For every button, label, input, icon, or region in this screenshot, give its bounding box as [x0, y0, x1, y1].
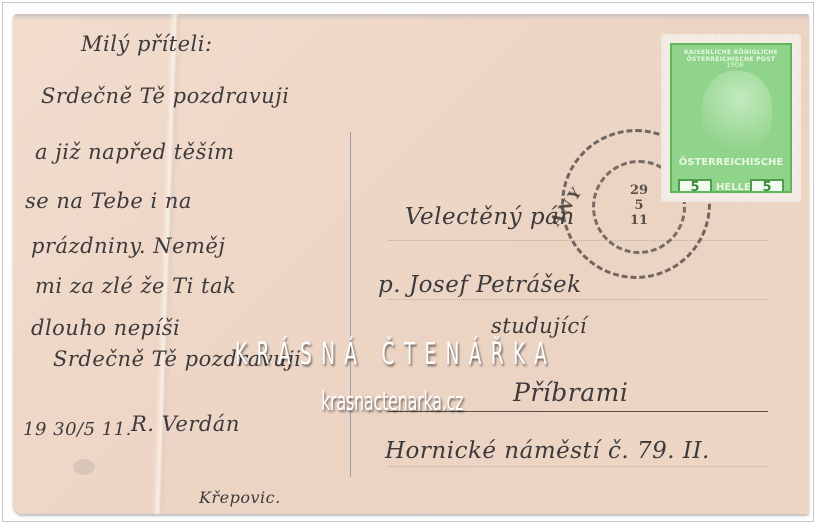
stamp-bottom-text: ÖSTERREICHISCHE: [672, 157, 790, 168]
address-street: Hornické náměstí č. 79. II.: [385, 438, 710, 464]
message-line-3: a již napřed těším: [35, 140, 235, 164]
message-date: 19 30/5 11.: [23, 419, 132, 440]
stamp-year: 1908: [726, 61, 744, 69]
message-line-6: mi za zlé že Ti tak: [35, 274, 236, 298]
message-line-1: Milý příteli:: [81, 32, 213, 56]
emperor-portrait: [702, 71, 772, 151]
message-line-5: prázdniny. Neměj: [31, 234, 225, 258]
postcard: Milý příteli: Srdečně Tě pozdravuji a ji…: [13, 14, 809, 514]
address-line-4: [388, 466, 768, 467]
stamp-value-right: 5: [750, 179, 784, 193]
postage-stamp: KAISERLICHE KÖNIGLICHE ÖSTERREICHISCHE P…: [661, 34, 801, 202]
sender-place: Křepovic.: [199, 488, 281, 507]
address-name: p. Josef Petrášek: [378, 272, 582, 298]
watermark-url: krasnactenarka.cz: [321, 387, 463, 417]
address-occupation: studující: [491, 314, 587, 338]
address-city: Příbrami: [513, 378, 628, 407]
signature: R. Verdán: [131, 412, 240, 436]
stamp-value-left: 5: [678, 179, 712, 193]
ink-smudge: [73, 459, 95, 475]
center-divider-line: [350, 132, 351, 477]
postmark-year: 11: [595, 213, 683, 228]
message-line-2: Srdečně Tě pozdravuji: [41, 84, 289, 108]
watermark-title: KRÁSNÁ ČTENÁŘKA: [235, 337, 556, 372]
message-line-7: dlouho nepíši: [31, 316, 180, 340]
message-line-4: se na Tebe i na: [25, 189, 192, 213]
image-frame: Milý příteli: Srdečně Tě pozdravuji a ji…: [2, 2, 814, 522]
address-line-2: [388, 299, 768, 300]
stamp-face: KAISERLICHE KÖNIGLICHE ÖSTERREICHISCHE P…: [670, 43, 792, 193]
